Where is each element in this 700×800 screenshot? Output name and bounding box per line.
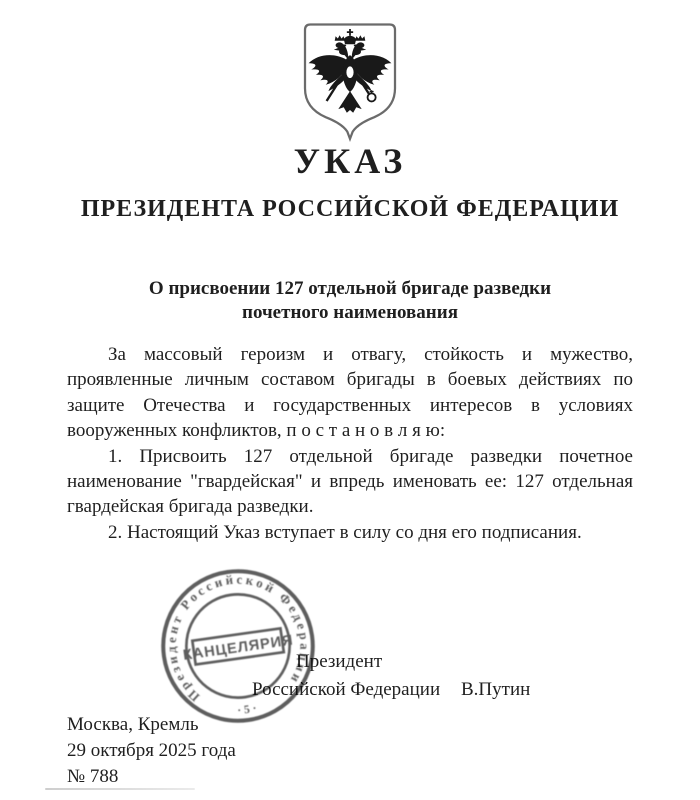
- chancellery-stamp-icon: Президент Российской Федерации · 5 · КАН…: [149, 557, 327, 735]
- decree-paragraph-preamble: За массовый героизм и отвагу, стойкость …: [67, 342, 633, 444]
- stamp-bottom-number: · 5 ·: [236, 702, 257, 718]
- decree-footer: Москва, Кремль 29 октября 2025 года № 78…: [67, 712, 236, 790]
- decree-paragraph-item2: 2. Настоящий Указ вступает в силу со дня…: [67, 520, 633, 545]
- decree-subtitle: ПРЕЗИДЕНТА РОССИЙСКОЙ ФЕДЕРАЦИИ: [0, 196, 700, 223]
- footer-place: Москва, Кремль: [67, 712, 236, 738]
- decree-subject: О присвоении 127 отдельной бригаде разве…: [70, 277, 630, 325]
- scan-edge-artifact: [45, 788, 195, 790]
- decree-subject-line2: почетного наименования: [70, 301, 630, 325]
- decree-title: УКАЗ: [0, 142, 700, 182]
- decree-body: За массовый героизм и отвагу, стойкость …: [67, 342, 633, 545]
- decree-subject-line1: О присвоении 127 отдельной бригаде разве…: [70, 277, 630, 301]
- footer-number: № 788: [67, 764, 236, 790]
- decree-paragraph-item1: 1. Присвоить 127 отдельной бригаде разве…: [67, 444, 633, 520]
- footer-date: 29 октября 2025 года: [67, 738, 236, 764]
- russia-coat-of-arms-icon: [296, 20, 404, 146]
- signature-name: В.Путин: [461, 679, 530, 701]
- decree-document: УКАЗ ПРЕЗИДЕНТА РОССИЙСКОЙ ФЕДЕРАЦИИ О п…: [0, 0, 700, 800]
